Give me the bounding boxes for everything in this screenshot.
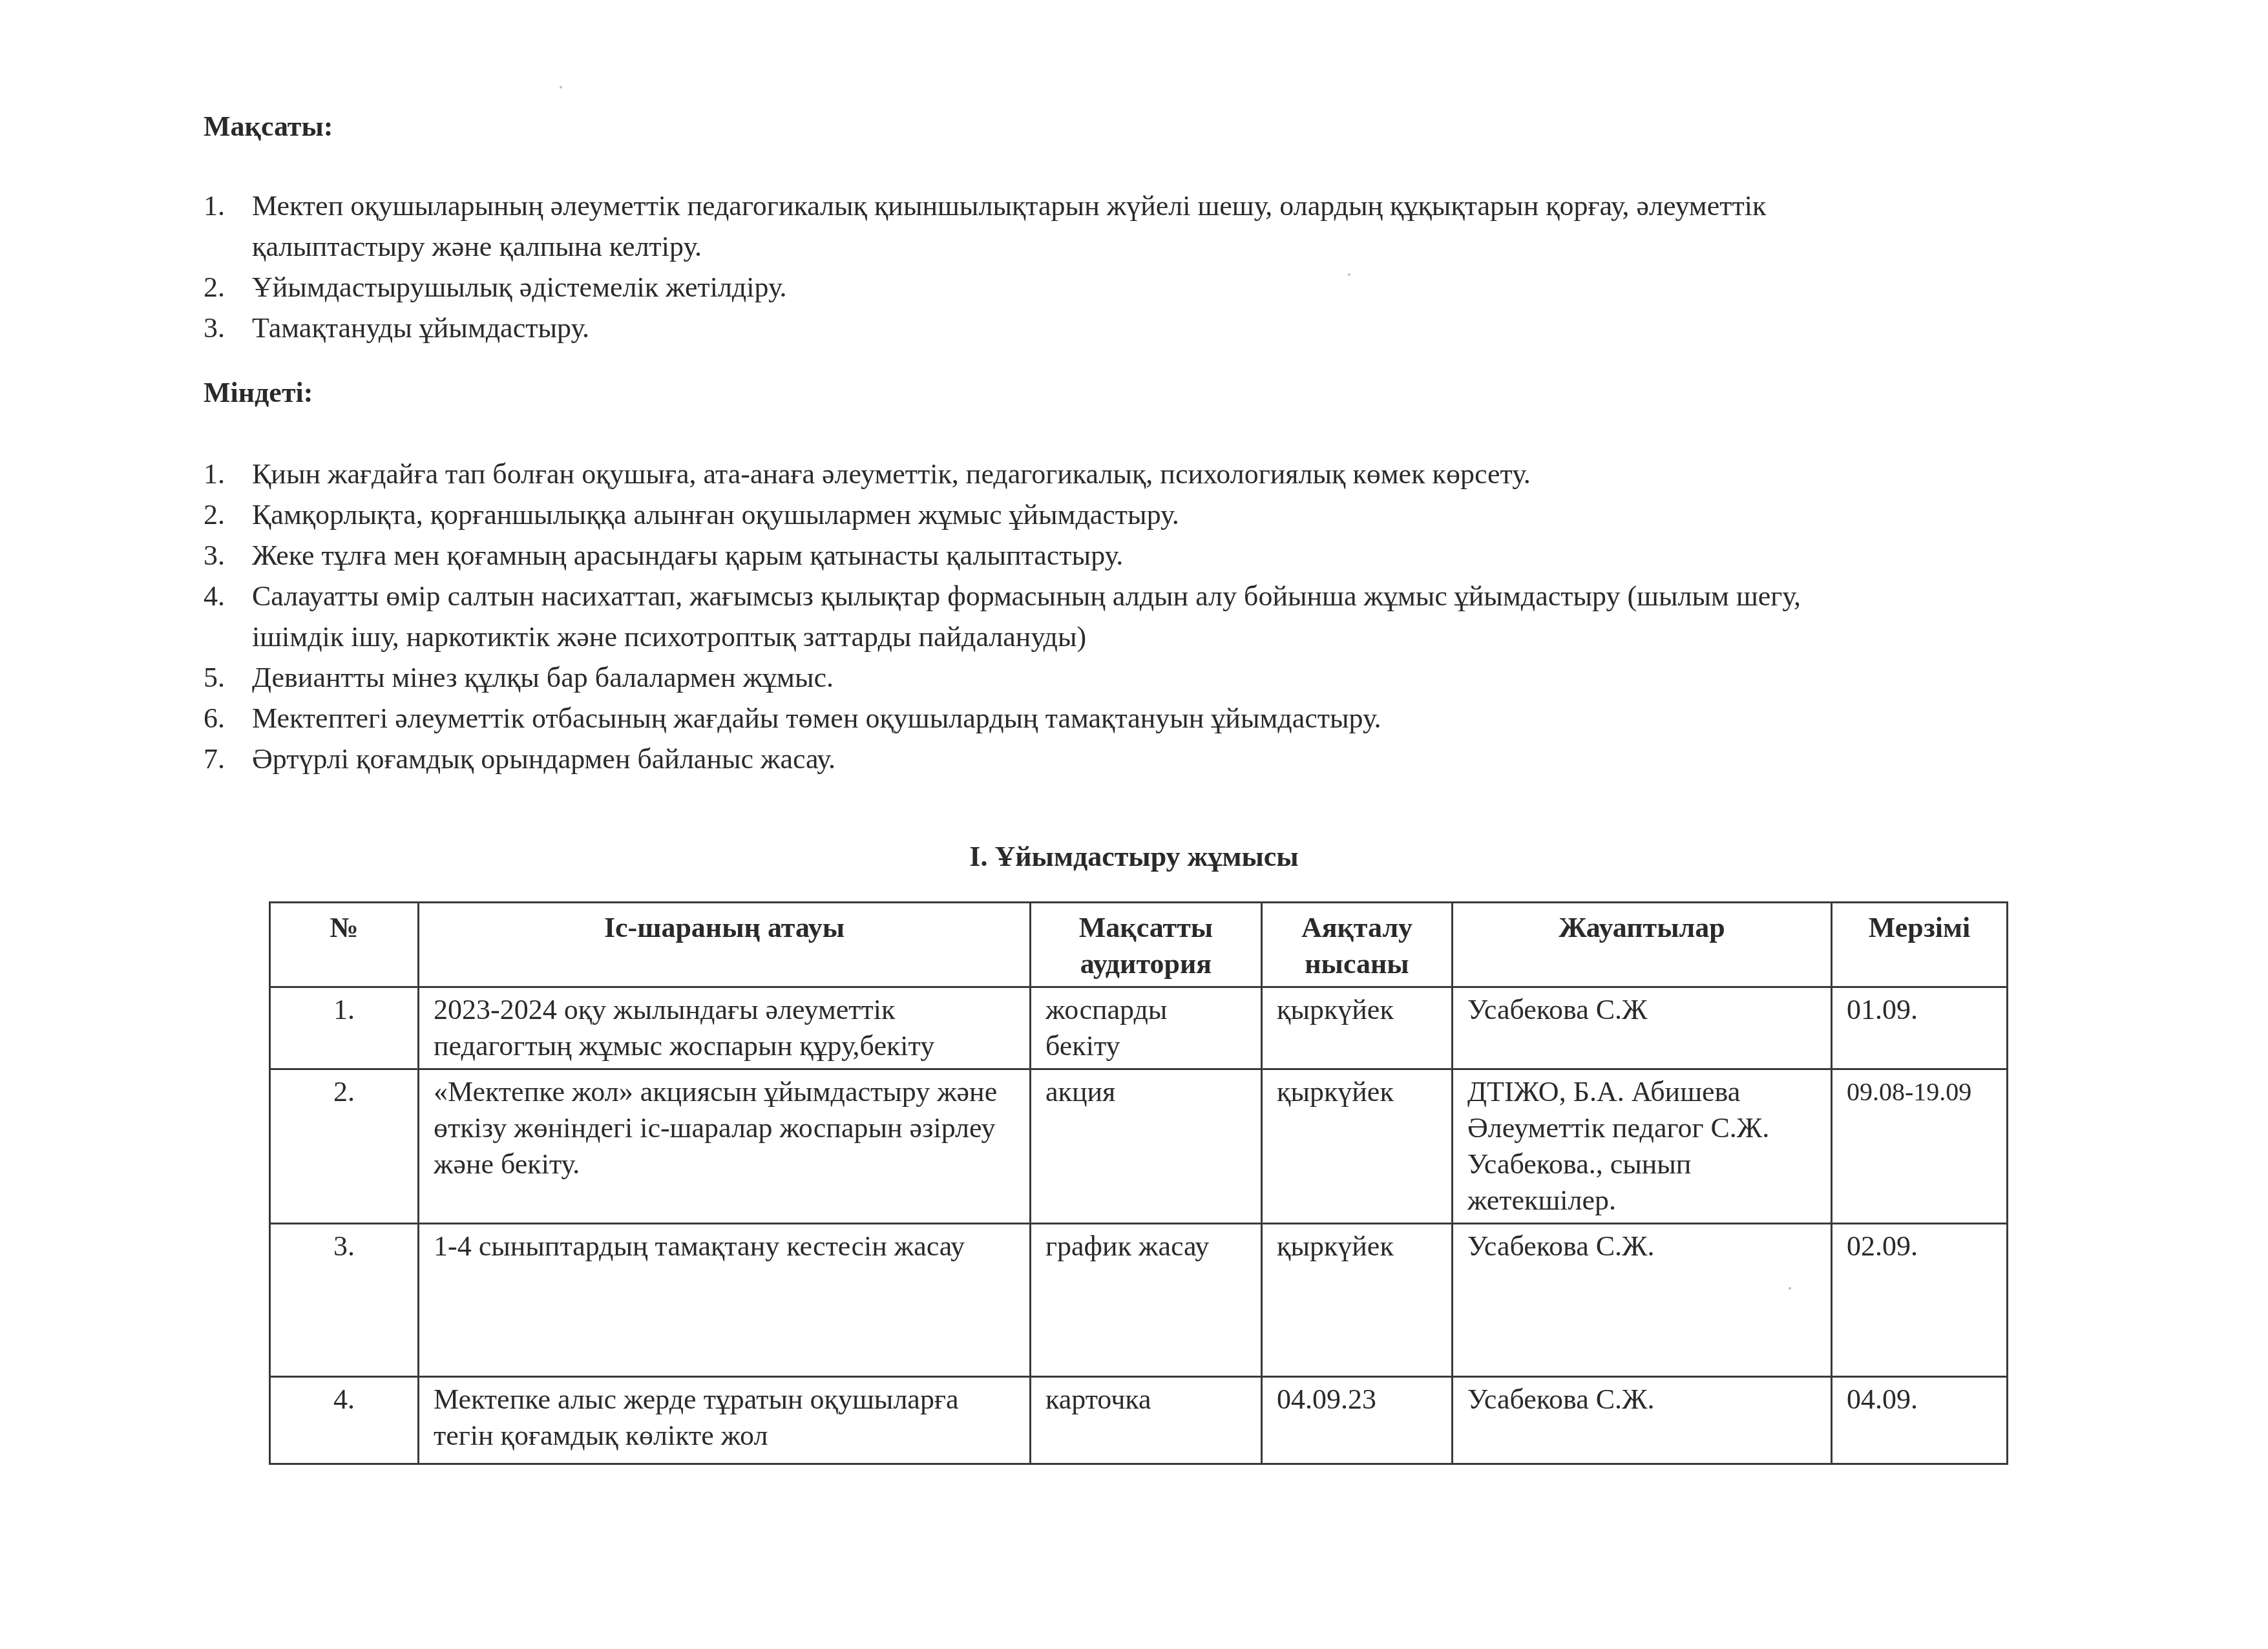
cell-target-audience: акция <box>1031 1069 1262 1224</box>
cell-responsible: ДТІЖО, Б.А. Абишева Әлеуметтік педагог С… <box>1453 1069 1832 1224</box>
cell-number: 2. <box>270 1069 419 1224</box>
table-row: 4. Мектепке алыс жерде тұратын оқушыларғ… <box>270 1377 2008 1464</box>
cell-deadline: 09.08-19.09 <box>1832 1069 2008 1224</box>
table-row: 1. 2023-2024 оқу жылындағы әлеуметтік пе… <box>270 987 2008 1069</box>
task-item: 7.Әртүрлі қоғамдық орындармен байланыс ж… <box>204 739 1801 779</box>
cell-event-name: 2023-2024 оқу жылындағы әлеуметтік педаг… <box>419 987 1031 1069</box>
task-item: 3.Жеке тұлға мен қоғамның арасындағы қар… <box>204 535 1801 576</box>
task-item: 1.Қиын жағдайға тап болған оқушыға, ата-… <box>204 454 1801 494</box>
cell-deadline: 04.09. <box>1832 1377 2008 1464</box>
header-number: № <box>270 903 419 987</box>
table-row: 3. 1-4 сыныптардың тамақтану кестесін жа… <box>270 1224 2008 1377</box>
task-item: 4.Салауатты өмір салтын насихаттап, жағы… <box>204 576 1801 657</box>
cell-number: 4. <box>270 1377 419 1464</box>
cell-responsible: Усабекова С.Ж. <box>1453 1377 1832 1464</box>
cell-responsible: Усабекова С.Ж. <box>1453 1224 1832 1377</box>
cell-completion-form: 04.09.23 <box>1262 1377 1453 1464</box>
tasks-list: 1.Қиын жағдайға тап болған оқушыға, ата-… <box>204 454 1801 779</box>
goals-heading: Мақсаты: <box>204 110 333 143</box>
goals-list: 1.Мектеп оқушыларының әлеуметтік педагог… <box>204 185 1766 348</box>
goal-item: 2.Ұйымдастырушылық әдістемелік жетілдіру… <box>204 267 1766 308</box>
cell-event-name: 1-4 сыныптардың тамақтану кестесін жасау <box>419 1224 1031 1377</box>
task-item: 6.Мектептегі әлеуметтік отбасының жағдай… <box>204 698 1801 739</box>
scan-speck <box>1348 273 1350 276</box>
header-completion-form: Аяқталу нысаны <box>1262 903 1453 987</box>
header-event-name: Іс-шараның атауы <box>419 903 1031 987</box>
task-item: 2.Қамқорлықта, қорғаншылыққа алынған оқу… <box>204 494 1801 535</box>
table-row: 2. «Мектепке жол» акциясын ұйымдастыру ж… <box>270 1069 2008 1224</box>
cell-number: 3. <box>270 1224 419 1377</box>
scan-speck <box>1789 1287 1791 1290</box>
header-responsible: Жауаптылар <box>1453 903 1832 987</box>
organizational-work-table: № Іс-шараның атауы Мақсатты аудитория Ая… <box>269 901 2008 1465</box>
cell-number: 1. <box>270 987 419 1069</box>
goal-item: 3.Тамақтануды ұйымдастыру. <box>204 308 1766 348</box>
cell-event-name: Мектепке алыс жерде тұратын оқушыларға т… <box>419 1377 1031 1464</box>
section-title: I. Ұйымдастыру жұмысы <box>0 840 2268 873</box>
table-header-row: № Іс-шараның атауы Мақсатты аудитория Ая… <box>270 903 2008 987</box>
cell-deadline: 01.09. <box>1832 987 2008 1069</box>
cell-event-name: «Мектепке жол» акциясын ұйымдастыру және… <box>419 1069 1031 1224</box>
cell-deadline: 02.09. <box>1832 1224 2008 1377</box>
cell-target-audience: карточка <box>1031 1377 1262 1464</box>
goal-item: 1.Мектеп оқушыларының әлеуметтік педагог… <box>204 185 1766 267</box>
cell-completion-form: қыркүйек <box>1262 987 1453 1069</box>
cell-target-audience: график жасау <box>1031 1224 1262 1377</box>
cell-completion-form: қыркүйек <box>1262 1069 1453 1224</box>
header-target-audience: Мақсатты аудитория <box>1031 903 1262 987</box>
header-deadline: Мерзімі <box>1832 903 2008 987</box>
cell-responsible: Усабекова С.Ж <box>1453 987 1832 1069</box>
scan-speck <box>560 86 562 89</box>
task-item: 5.Девиантты мінез құлқы бар балалармен ж… <box>204 657 1801 698</box>
cell-target-audience: жоспарды бекіту <box>1031 987 1262 1069</box>
cell-completion-form: қыркүйек <box>1262 1224 1453 1377</box>
tasks-heading: Міндеті: <box>204 376 313 409</box>
